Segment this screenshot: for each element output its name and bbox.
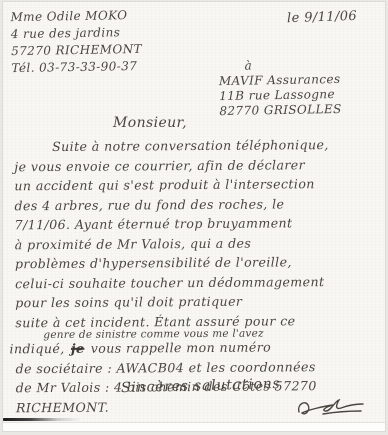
body-line: pour les soins qu'il doit pratiquer <box>15 291 381 313</box>
scan-artifact-mark <box>3 418 81 421</box>
body-line: à proximité de Mr Valois, qui a des <box>15 232 381 254</box>
body-line: des 4 arbres, rue du fond des roches, le <box>14 193 380 215</box>
crossed-out-word: je <box>69 341 86 356</box>
recipient-city: 82770 GRISOLLES <box>219 102 342 119</box>
amended-before: indiqué, <box>9 341 69 356</box>
amended-after: vous rappelle mon numéro <box>86 339 271 355</box>
body-line: je vous envoie ce courrier, afin de décl… <box>14 154 380 176</box>
body-line: celui-ci souhaite toucher un dédommageme… <box>15 271 381 293</box>
body-line: Suite à notre conversation téléphonique, <box>14 135 380 157</box>
salutation: Monsieur, <box>113 115 187 131</box>
body-line: un accident qui s'est produit à l'inters… <box>14 174 380 196</box>
recipient-intro: à <box>244 57 341 74</box>
letter-page: Mme Odile MOKO 4 rue des jardins 57270 R… <box>2 1 386 432</box>
body-line: 7/11/06. Ayant éternué trop bruyamment <box>15 213 381 235</box>
body-line: de sociétaire : AWACB04 et les coordonné… <box>16 356 382 378</box>
sender-name: Mme Odile MOKO <box>10 7 141 26</box>
letter-body: Suite à notre conversation téléphonique,… <box>14 135 382 418</box>
body-amended-line: indiqué, je vous rappelle mon numéro <box>9 337 381 359</box>
body-line: problèmes d'hypersensibilité de l'oreill… <box>15 252 381 274</box>
letter-date: le 9/11/06 <box>287 9 358 26</box>
recipient-address-block: à MAVIF Assurances 11B rue Lassogne 8277… <box>218 57 341 119</box>
scan-bottom-edge <box>3 422 385 431</box>
sender-phone: Tél. 03-73-33-90-37 <box>11 58 142 77</box>
signature-icon <box>295 392 365 420</box>
sender-address-block: Mme Odile MOKO 4 rue des jardins 57270 R… <box>10 7 142 77</box>
